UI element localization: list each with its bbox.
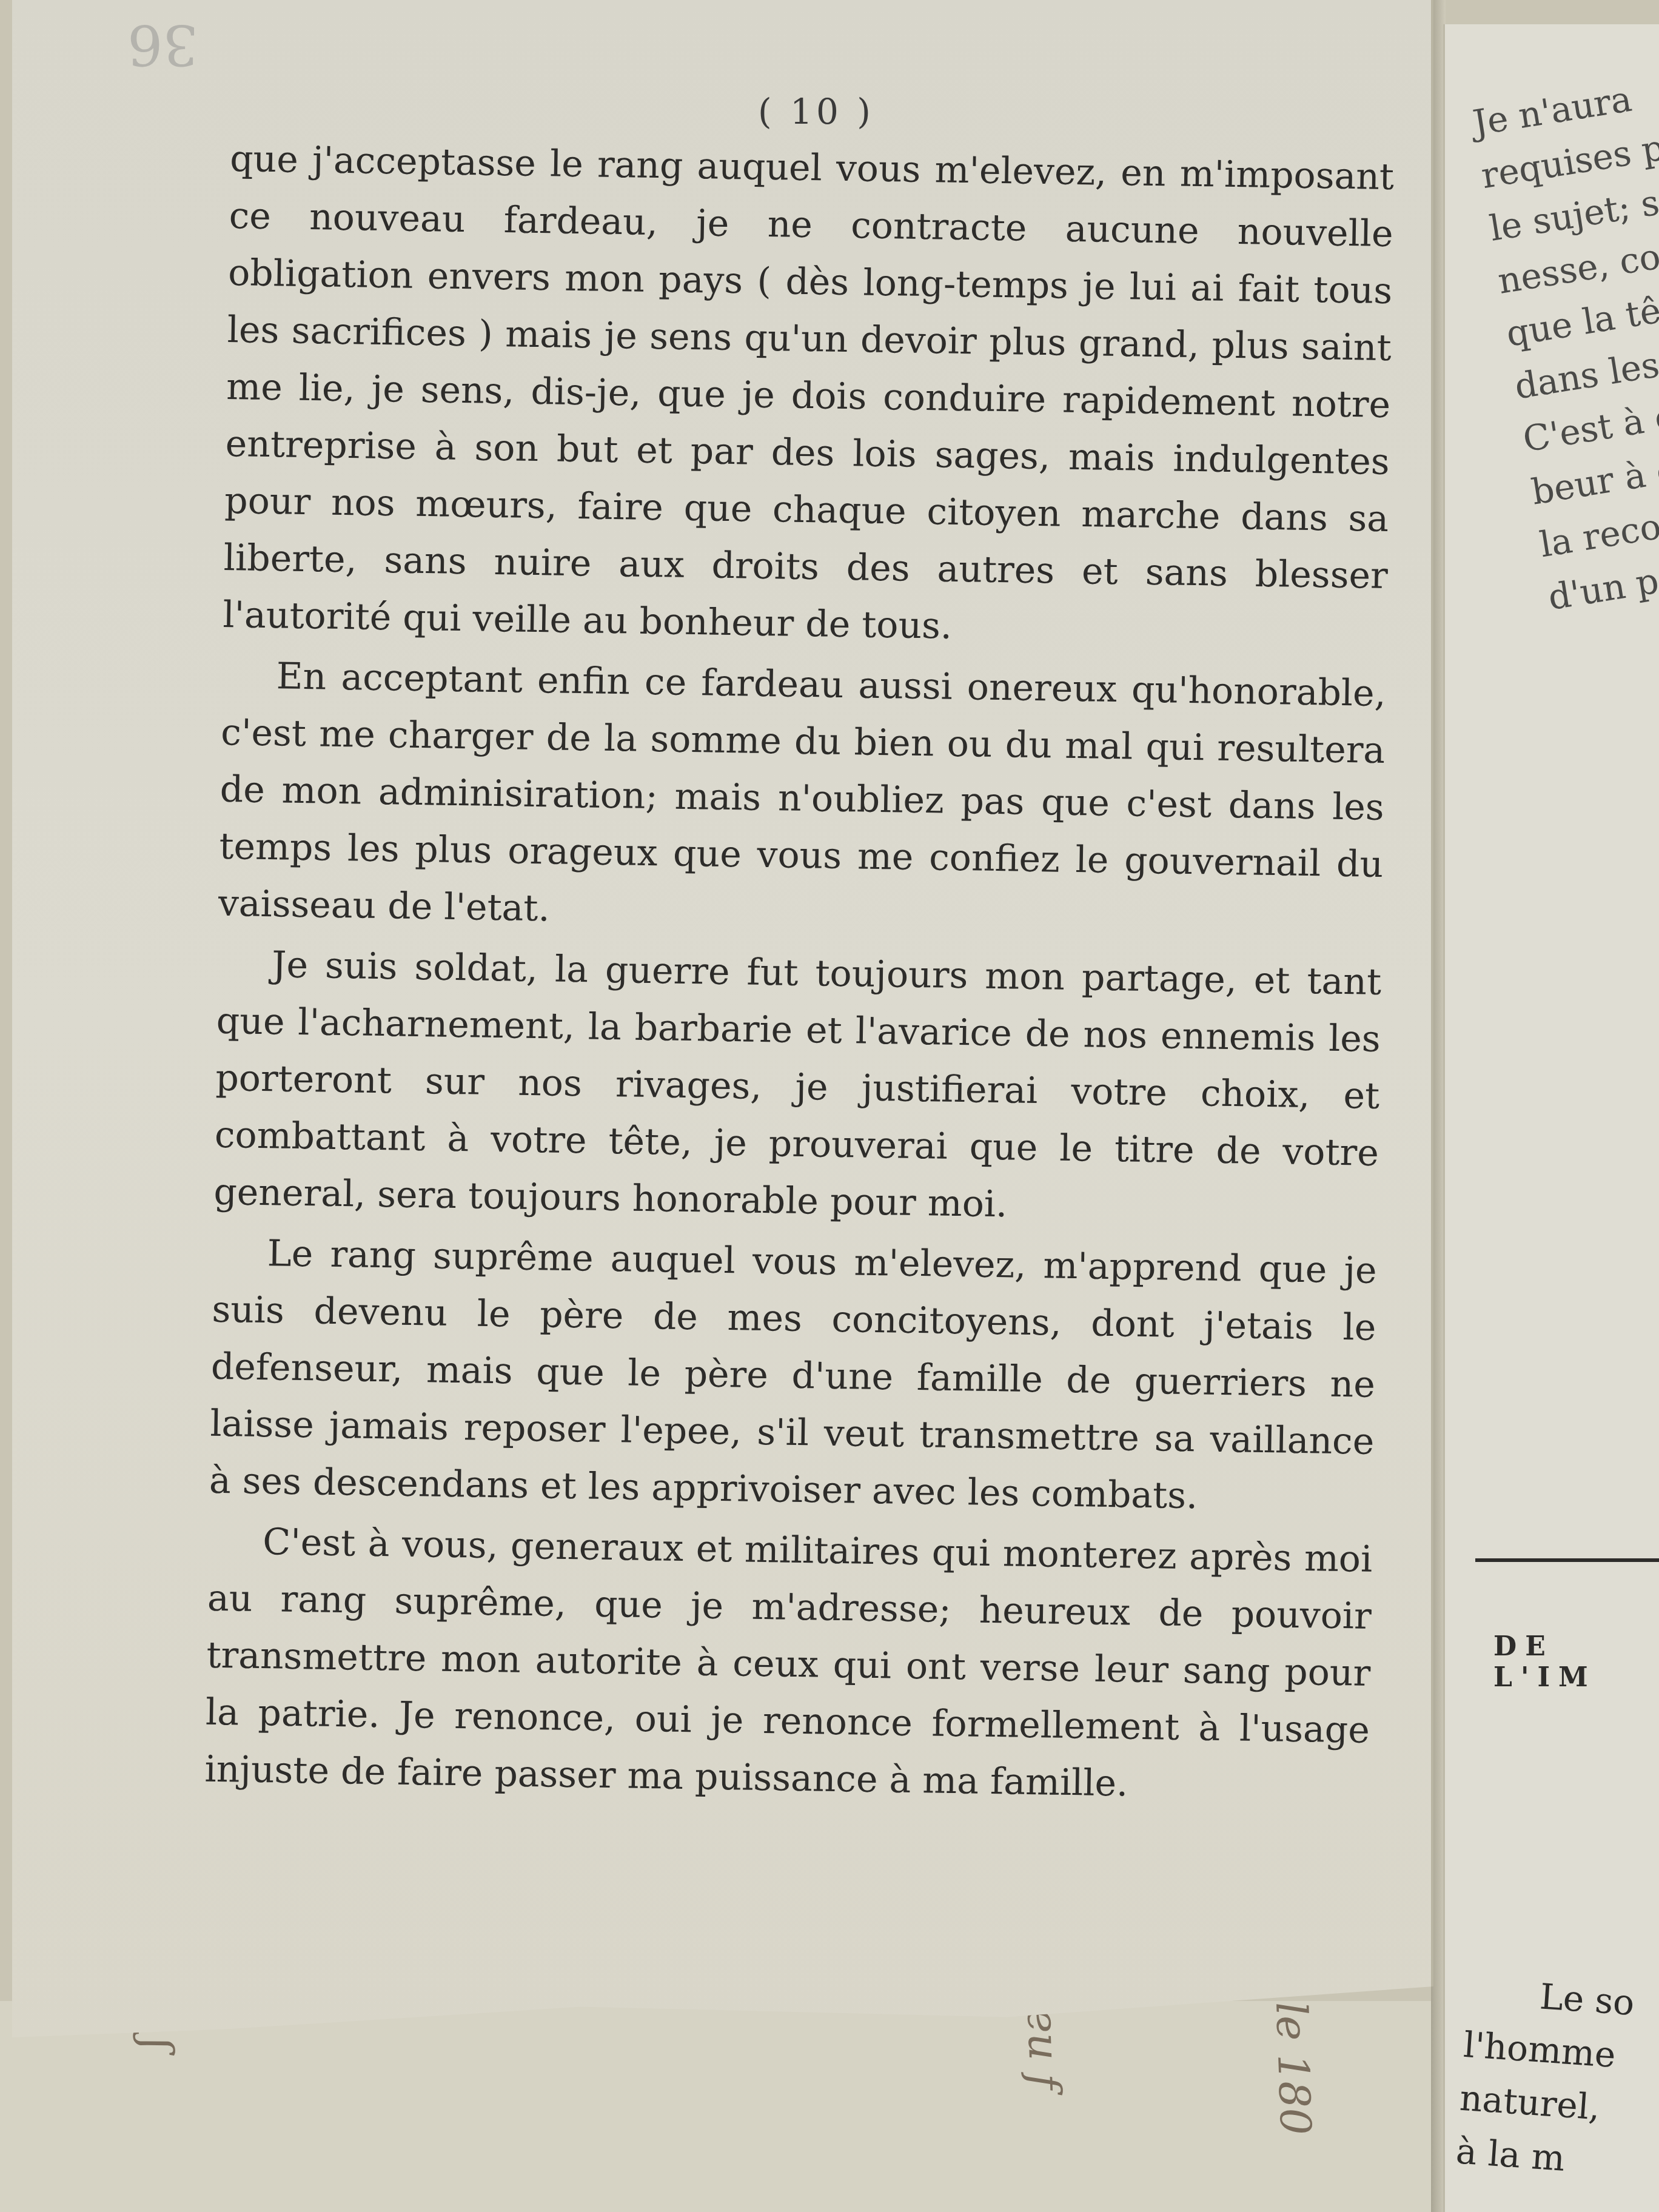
facing-page: Je n'aura requises pou le sujet; so ness… [1443,24,1659,2212]
section-rule [1475,1558,1659,1562]
paragraph: Je suis soldat, la guerre fut toujours m… [213,936,1382,1239]
underlying-page: ʃ eu f le 180 [0,2001,1480,2212]
paragraph: C'est à vous, generaux et militaires qui… [204,1513,1373,1816]
lower-page-text: Le so l'homme naturel, à la m [1454,1965,1636,2189]
handwritten-date: le 180 [1266,2001,1321,2136]
paragraph: que j'acceptasse le rang auquel vous m'e… [223,130,1395,662]
text-line: à la m [1454,2124,1624,2189]
section-heading: DE L'IM [1493,1631,1659,1693]
paragraph: En acceptant enfin ce fardeau aussi oner… [218,647,1386,950]
handwritten-mark: ʃ [132,2037,183,2051]
page-number: ( 10 ) [758,91,874,132]
body-text: que j'acceptasse le rang auquel vous m'e… [204,130,1395,1820]
paragraph: Le rang suprême auquel vous m'elevez, m'… [209,1224,1377,1527]
main-page: 36 ( 10 ) que j'acceptasse le rang auque… [12,0,1433,2037]
folio-mark: 36 [127,12,198,77]
handwritten-note: eu f [1017,2007,1070,2090]
facing-page-text: Je n'aura requises pou le sujet; so ness… [1469,61,1659,624]
